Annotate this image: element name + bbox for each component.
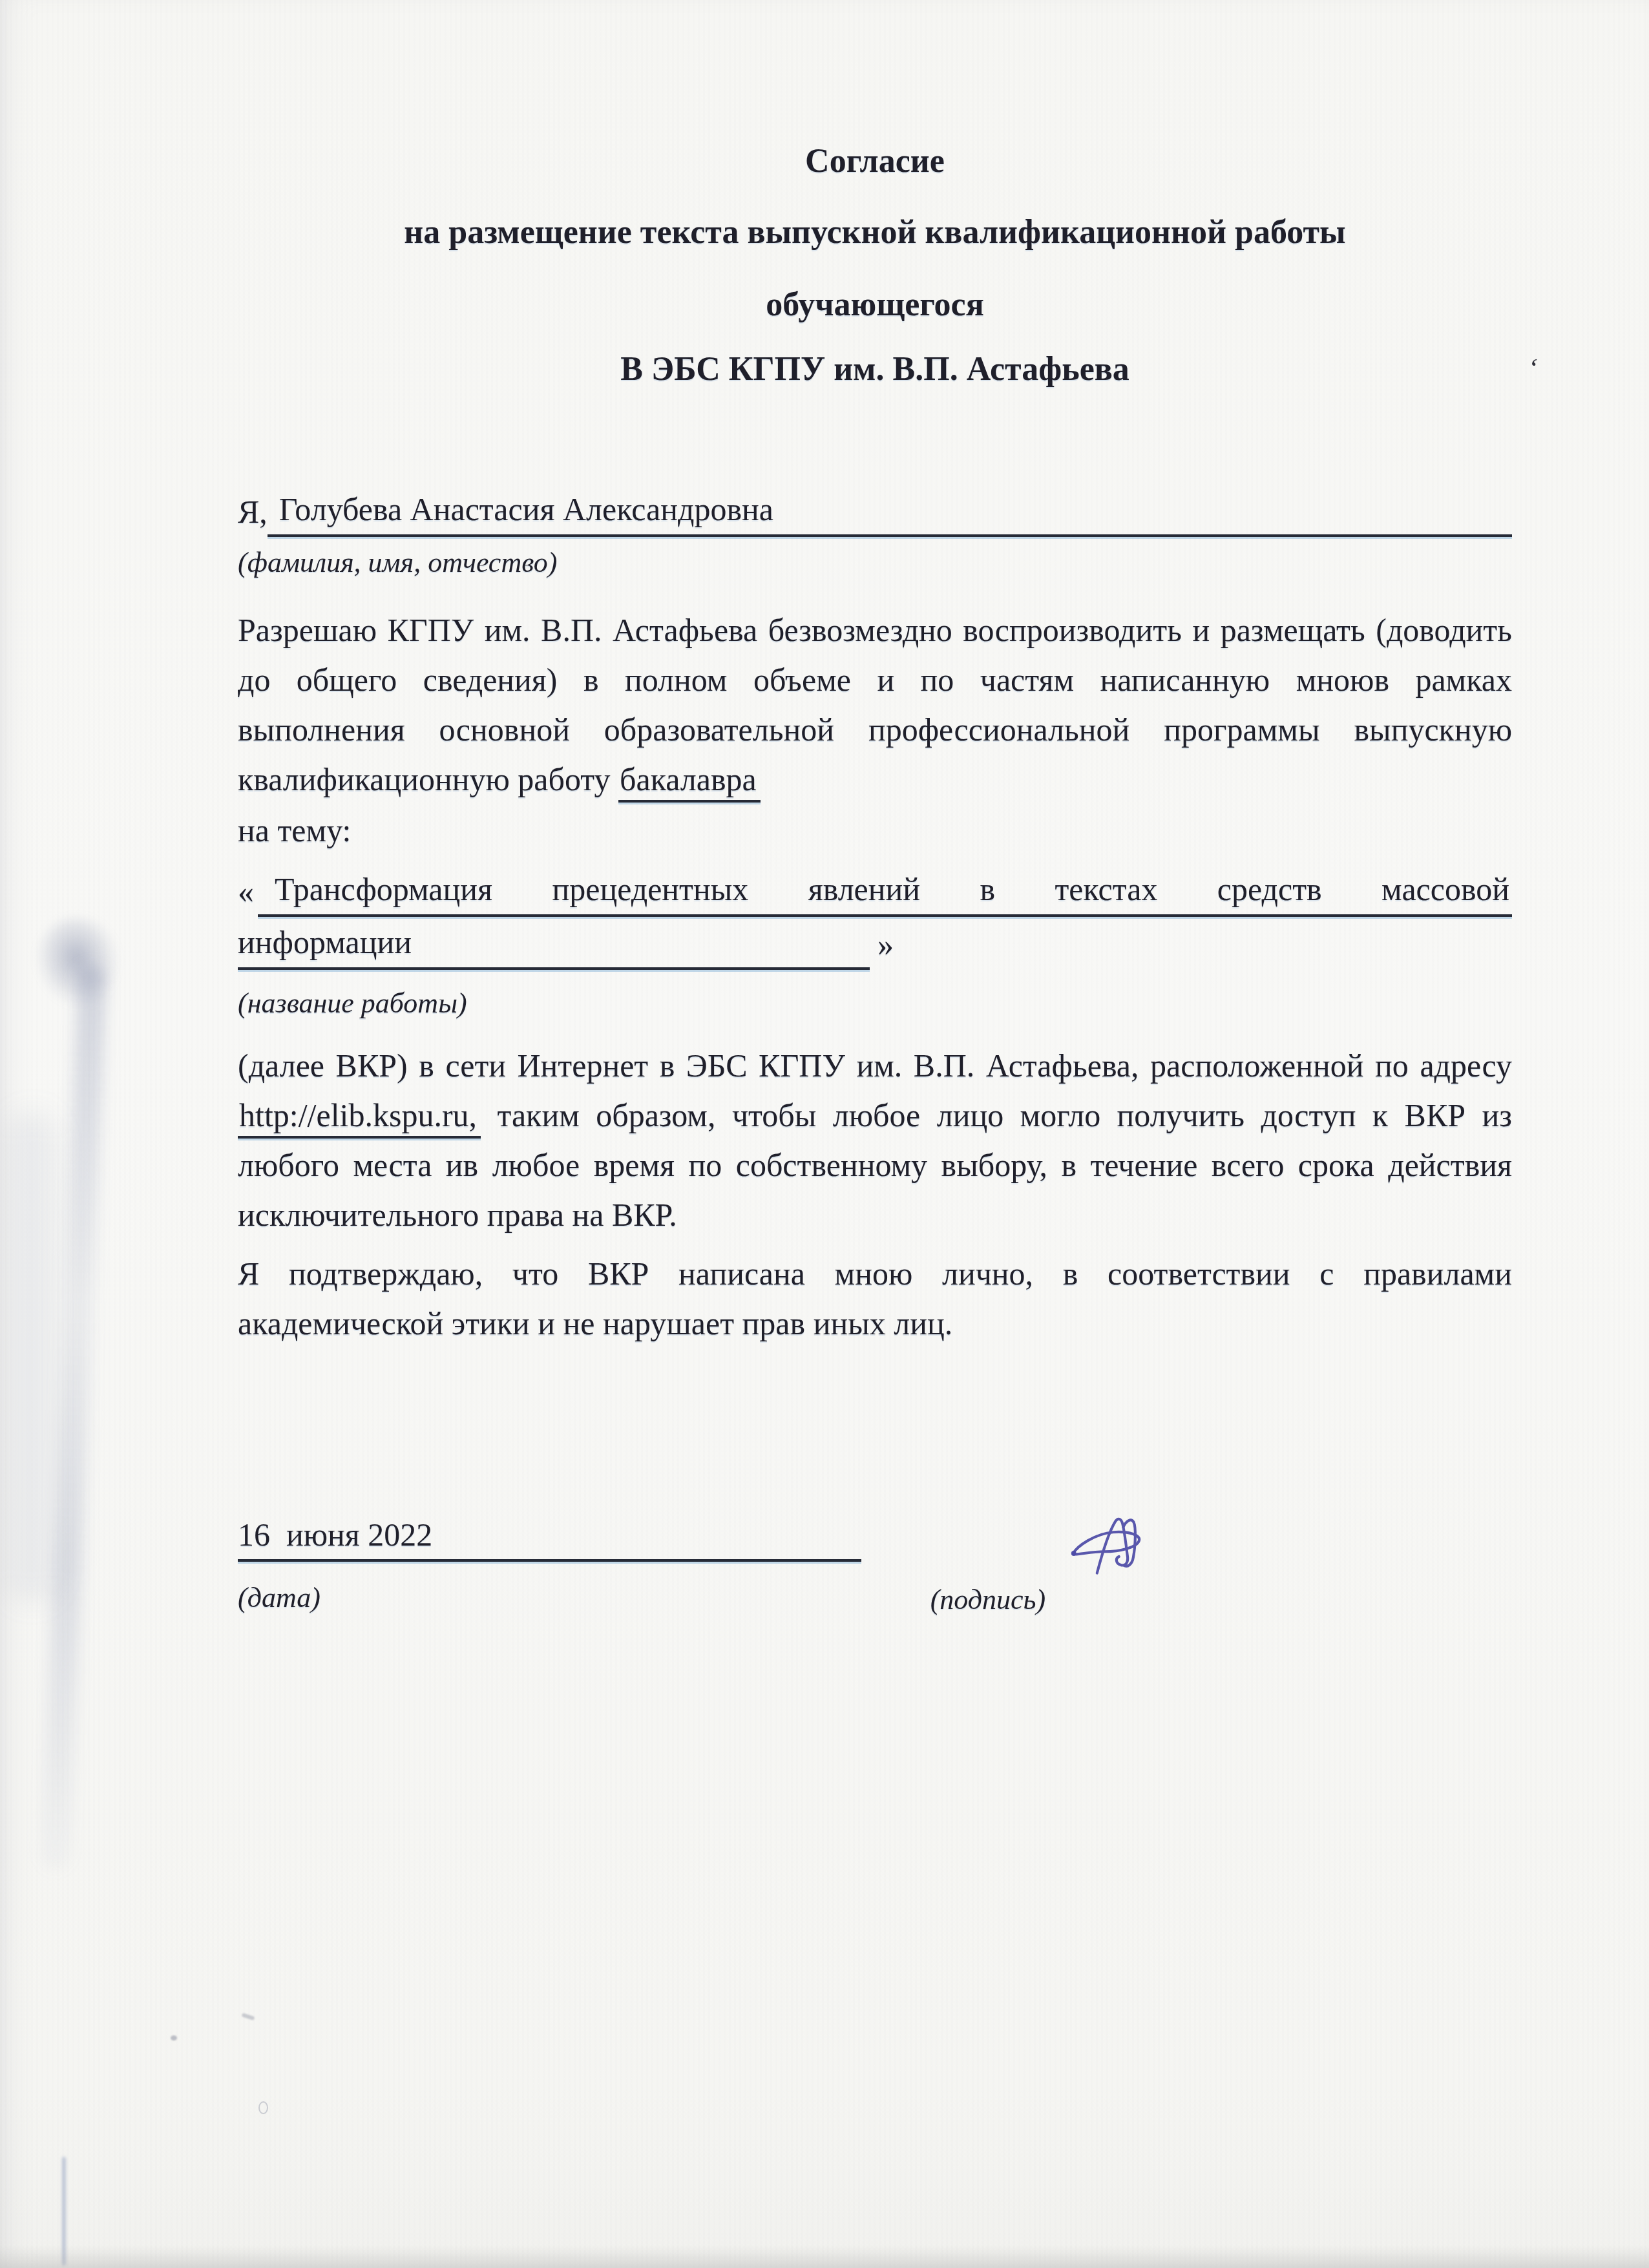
signature-ink-icon — [1066, 1511, 1157, 1576]
date-underline: 16 июня 2022 — [238, 1517, 861, 1562]
confirmation-paragraph: Я подтверждаю, что ВКР написана мною лич… — [238, 1249, 1512, 1349]
topic-title-line-1: « Трансформация прецедентных явлений в т… — [238, 869, 1512, 917]
permission-line-4-text: квалификационную работу — [238, 761, 618, 797]
permission-paragraph: Разрешаю КГПУ им. В.П. Астафьева безвозм… — [238, 605, 1512, 804]
permission-line-2: до общего сведения) в полном объеме и по… — [238, 655, 1512, 705]
name-underline: Голубева Анастасия Александровна — [268, 489, 1512, 537]
signature-block: 16 июня 2022 (дата) (подпись) — [238, 1517, 1512, 1615]
scanned-consent-document: Согласие на размещение текста выпускной … — [0, 0, 1649, 2268]
topic-underline-1: Трансформация прецедентных явлений в тек… — [258, 869, 1512, 917]
scan-edge-line — [62, 2157, 66, 2265]
access-line-4: исключительного права на ВКР. — [238, 1190, 1512, 1240]
open-quote: « — [238, 872, 258, 917]
close-quote: » — [870, 925, 894, 970]
topic-title-line-2: информации » — [238, 922, 1512, 970]
document-content: Согласие на размещение текста выпускной … — [238, 0, 1512, 1615]
confirmation-line-2: академической этики и не нарушает прав и… — [238, 1299, 1512, 1349]
fio-caption: (фамилия, имя, отчество) — [238, 546, 1512, 580]
handwritten-signature — [1066, 1511, 1157, 1576]
access-line-2: http://elib.kspu.ru, таким образом, чтоб… — [238, 1091, 1512, 1140]
declarant-full-name: Голубева Анастасия Александровна — [279, 491, 773, 527]
elib-url-link: http://elib.kspu.ru, — [238, 1097, 481, 1139]
title-line-consent: Согласие — [238, 142, 1512, 181]
scan-smudge-blob — [26, 908, 130, 1016]
title-line-student: обучающегося — [238, 286, 1512, 324]
scan-smudge-band — [8, 1111, 57, 1602]
permission-line-1: Разрешаю КГПУ им. В.П. Астафьева безвозм… — [238, 605, 1512, 655]
access-line-2-text: таким образом, чтобы любое лицо могло по… — [481, 1097, 1512, 1133]
access-line-3: любого места ив любое время по собственн… — [238, 1140, 1512, 1190]
confirmation-line-1: Я подтверждаю, что ВКР написана мною лич… — [238, 1249, 1512, 1299]
permission-line-3: выполнения основной образовательной проф… — [238, 705, 1512, 755]
scan-speck — [242, 2013, 255, 2021]
scan-bottom-shadow — [0, 2245, 1649, 2268]
title-line-placement: на размещение текста выпускной квалифика… — [238, 213, 1512, 252]
topic-underline-2: информации — [238, 922, 870, 970]
access-line-1: (далее ВКР) в сети Интернет в ЭБС КГПУ и… — [238, 1041, 1512, 1091]
access-paragraph: (далее ВКР) в сети Интернет в ЭБС КГПУ и… — [238, 1041, 1512, 1240]
sign-caption-text: (подпись) — [930, 1583, 1046, 1617]
scan-smudge-streak — [41, 966, 107, 1871]
document-title: Согласие на размещение текста выпускной … — [238, 0, 1512, 389]
work-title-caption: (название работы) — [238, 987, 1512, 1020]
degree-underlined: бакалавра — [618, 761, 761, 803]
title-line-ebs: В ЭБС КГПУ им. В.П. Астафьева — [238, 350, 1512, 389]
scan-speck — [171, 2035, 177, 2041]
topic-label: на тему: — [238, 811, 1512, 850]
sign-caption: (подпись) — [852, 1583, 1124, 1617]
date-value: 16 июня 2022 — [238, 1517, 432, 1553]
scan-ink-tick: ʻ — [1527, 352, 1540, 384]
scan-speck — [258, 2101, 268, 2114]
name-prefix: Я, — [238, 492, 268, 537]
declarant-name-line: Я, Голубева Анастасия Александровна — [238, 489, 1512, 537]
permission-line-4: квалификационную работу бакалавра — [238, 755, 1512, 804]
